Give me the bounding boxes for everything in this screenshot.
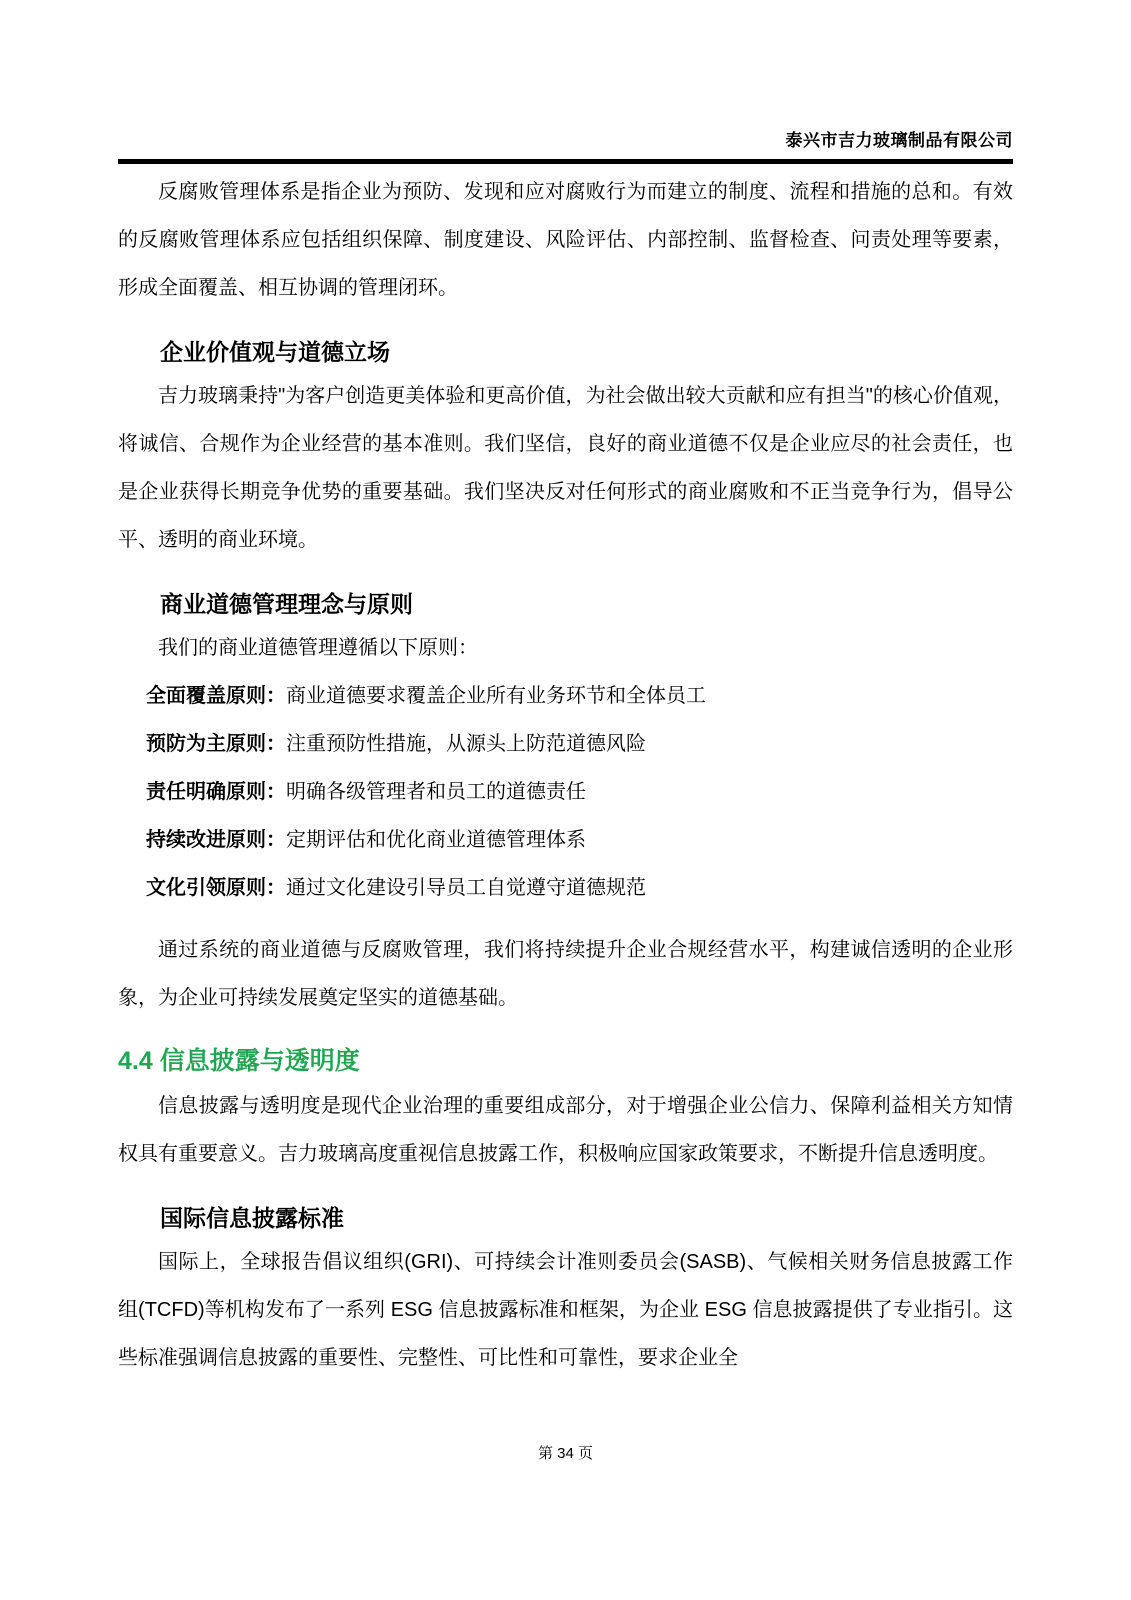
heading-4-4-information-disclosure: 4.4 信息披露与透明度 (118, 1044, 1013, 1078)
principle-item-prevention-first: 预防为主原则：注重预防性措施，从源头上防范道德风险 (146, 720, 1013, 768)
principle-text: 定期评估和优化商业道德管理体系 (286, 829, 586, 851)
paragraph-international-standards: 国际上，全球报告倡议组织(GRI)、可持续会计准则委员会(SASB)、气候相关财… (118, 1238, 1013, 1382)
heading-international-standards: 国际信息披露标准 (160, 1202, 1013, 1234)
paragraph-anticorruption-system: 反腐败管理体系是指企业为预防、发现和应对腐败行为而建立的制度、流程和措施的总和。… (118, 168, 1013, 312)
spacer (118, 912, 1013, 922)
paragraph-core-values: 吉力玻璃秉持"为客户创造更美体验和更高价值，为社会做出较大贡献和应有担当"的核心… (118, 372, 1013, 564)
principle-label: 全面覆盖原则： (146, 685, 286, 707)
document-page: 泰兴市吉力玻璃制品有限公司 反腐败管理体系是指企业为预防、发现和应对腐败行为而建… (0, 0, 1131, 1600)
principle-item-continuous-improvement: 持续改进原则：定期评估和优化商业道德管理体系 (146, 816, 1013, 864)
paragraph-ethics-summary: 通过系统的商业道德与反腐败管理，我们将持续提升企业合规经营水平，构建诚信透明的企… (118, 926, 1013, 1022)
principle-text: 明确各级管理者和员工的道德责任 (286, 781, 586, 803)
principle-label: 文化引领原则： (146, 877, 286, 899)
header-company-name: 泰兴市吉力玻璃制品有限公司 (118, 130, 1013, 152)
heading-values-ethics: 企业价值观与道德立场 (160, 336, 1013, 368)
page-footer: 第 34 页 (0, 1442, 1131, 1463)
paragraph-principles-intro: 我们的商业道德管理遵循以下原则： (118, 624, 1013, 672)
heading-ethics-principles: 商业道德管理理念与原则 (160, 588, 1013, 620)
principles-list: 全面覆盖原则：商业道德要求覆盖企业所有业务环节和全体员工 预防为主原则：注重预防… (146, 672, 1013, 912)
paragraph-disclosure-importance: 信息披露与透明度是现代企业治理的重要组成部分，对于增强企业公信力、保障利益相关方… (118, 1082, 1013, 1178)
principle-label: 责任明确原则： (146, 781, 286, 803)
principle-item-clear-responsibility: 责任明确原则：明确各级管理者和员工的道德责任 (146, 768, 1013, 816)
principle-text: 通过文化建设引导员工自觉遵守道德规范 (286, 877, 646, 899)
principle-item-full-coverage: 全面覆盖原则：商业道德要求覆盖企业所有业务环节和全体员工 (146, 672, 1013, 720)
page-header: 泰兴市吉力玻璃制品有限公司 (118, 130, 1013, 164)
document-body: 反腐败管理体系是指企业为预防、发现和应对腐败行为而建立的制度、流程和措施的总和。… (118, 168, 1013, 1382)
header-rule (118, 159, 1013, 164)
principle-label: 持续改进原则： (146, 829, 286, 851)
principle-item-culture-leading: 文化引领原则：通过文化建设引导员工自觉遵守道德规范 (146, 864, 1013, 912)
principle-text: 注重预防性措施，从源头上防范道德风险 (286, 733, 646, 755)
principle-text: 商业道德要求覆盖企业所有业务环节和全体员工 (286, 685, 706, 707)
page-number: 第 34 页 (538, 1445, 593, 1462)
principle-label: 预防为主原则： (146, 733, 286, 755)
